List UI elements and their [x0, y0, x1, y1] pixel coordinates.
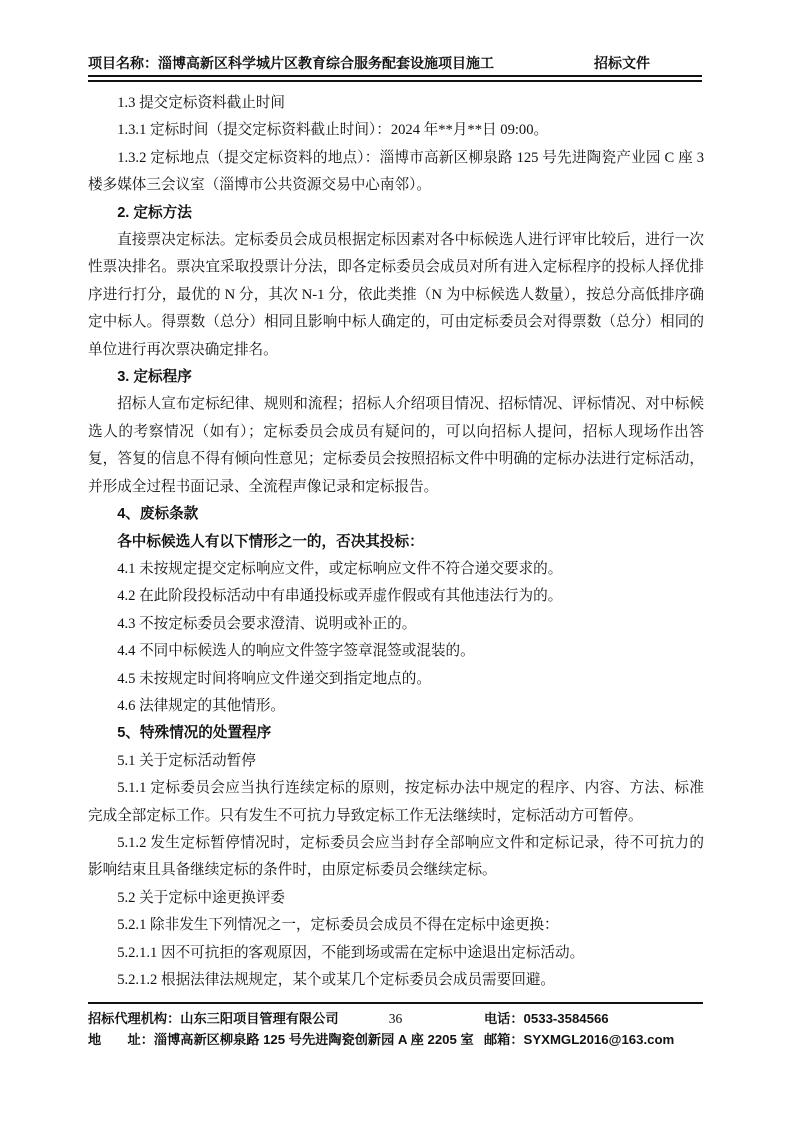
- paragraph: 5.2.1.2 根据法律法规规定，某个或某几个定标委员会成员需要回避。: [88, 967, 704, 994]
- paragraph: 5.2.1.1 因不可抗拒的客观原因，不能到场或需在定标中途退出定标活动。: [88, 940, 704, 967]
- paragraph: 4.6 法律规定的其他情形。: [88, 693, 704, 720]
- paragraph: 5.2 关于定标中途更换评委: [88, 885, 704, 912]
- section-heading: 4、废标条款: [88, 501, 704, 528]
- section-heading: 各中标候选人有以下情形之一的，否决其投标：: [88, 529, 704, 556]
- footer-page-number: 36: [88, 1008, 703, 1029]
- paragraph: 4.2 在此阶段投标活动中有串通投标或弄虚作假或有其他违法行为的。: [88, 583, 704, 610]
- paragraph: 5.1 关于定标活动暂停: [88, 748, 704, 775]
- document-body: 1.3 提交定标资料截止时间1.3.1 定标时间（提交定标资料截止时间）：202…: [88, 90, 704, 994]
- paragraph: 直接票决定标法。定标委员会成员根据定标因素对各中标候选人进行评审比较后，进行一次…: [88, 227, 704, 364]
- section-heading: 2. 定标方法: [88, 200, 704, 227]
- page-footer: 招标代理机构：山东三阳项目管理有限公司 36 电话：0533-3584566 地…: [88, 1008, 703, 1050]
- footer-address: 地 址：淄博高新区柳泉路 125 号先进陶瓷创新园 A 座 2205 室: [88, 1029, 474, 1050]
- page-header: 项目名称：淄博高新区科学城片区教育综合服务配套设施项目施工 招标文件: [88, 54, 702, 72]
- paragraph: 4.3 不按定标委员会要求澄清、说明或补正的。: [88, 611, 704, 638]
- paragraph: 4.1 未按规定提交定标响应文件，或定标响应文件不符合递交要求的。: [88, 556, 704, 583]
- header-project-name: 项目名称：淄博高新区科学城片区教育综合服务配套设施项目施工: [88, 54, 494, 72]
- paragraph: 招标人宣布定标纪律、规则和流程；招标人介绍项目情况、招标情况、评标情况、对中标候…: [88, 391, 704, 501]
- paragraph: 5.2.1 除非发生下列情况之一，定标委员会成员不得在定标中途更换：: [88, 912, 704, 939]
- header-doc-type: 招标文件: [594, 54, 650, 72]
- paragraph: 4.4 不同中标候选人的响应文件签字签章混签或混装的。: [88, 638, 704, 665]
- paragraph: 1.3 提交定标资料截止时间: [88, 90, 704, 117]
- paragraph: 5.1.1 定标委员会应当执行连续定标的原则，按定标办法中规定的程序、内容、方法…: [88, 775, 704, 830]
- footer-row-1: 招标代理机构：山东三阳项目管理有限公司 36 电话：0533-3584566: [88, 1008, 703, 1029]
- paragraph: 5.1.2 发生定标暂停情况时，定标委员会应当封存全部响应文件和定标记录，待不可…: [88, 830, 704, 885]
- section-heading: 5、特殊情况的处置程序: [88, 720, 704, 747]
- footer-rule: [88, 1002, 703, 1004]
- footer-email: 邮箱：SYXMGL2016@163.com: [484, 1029, 674, 1050]
- footer-row-2: 地 址：淄博高新区柳泉路 125 号先进陶瓷创新园 A 座 2205 室 邮箱：…: [88, 1029, 703, 1050]
- paragraph: 4.5 未按规定时间将响应文件递交到指定地点的。: [88, 666, 704, 693]
- paragraph: 1.3.1 定标时间（提交定标资料截止时间）：2024 年**月**日 09:0…: [88, 117, 704, 144]
- header-double-rule: [88, 75, 702, 82]
- footer-phone: 电话：0533-3584566: [484, 1008, 609, 1029]
- paragraph: 1.3.2 定标地点（提交定标资料的地点）：淄博市高新区柳泉路 125 号先进陶…: [88, 145, 704, 200]
- document-page: 项目名称：淄博高新区科学城片区教育综合服务配套设施项目施工 招标文件 1.3 提…: [0, 0, 793, 1122]
- section-heading: 3. 定标程序: [88, 364, 704, 391]
